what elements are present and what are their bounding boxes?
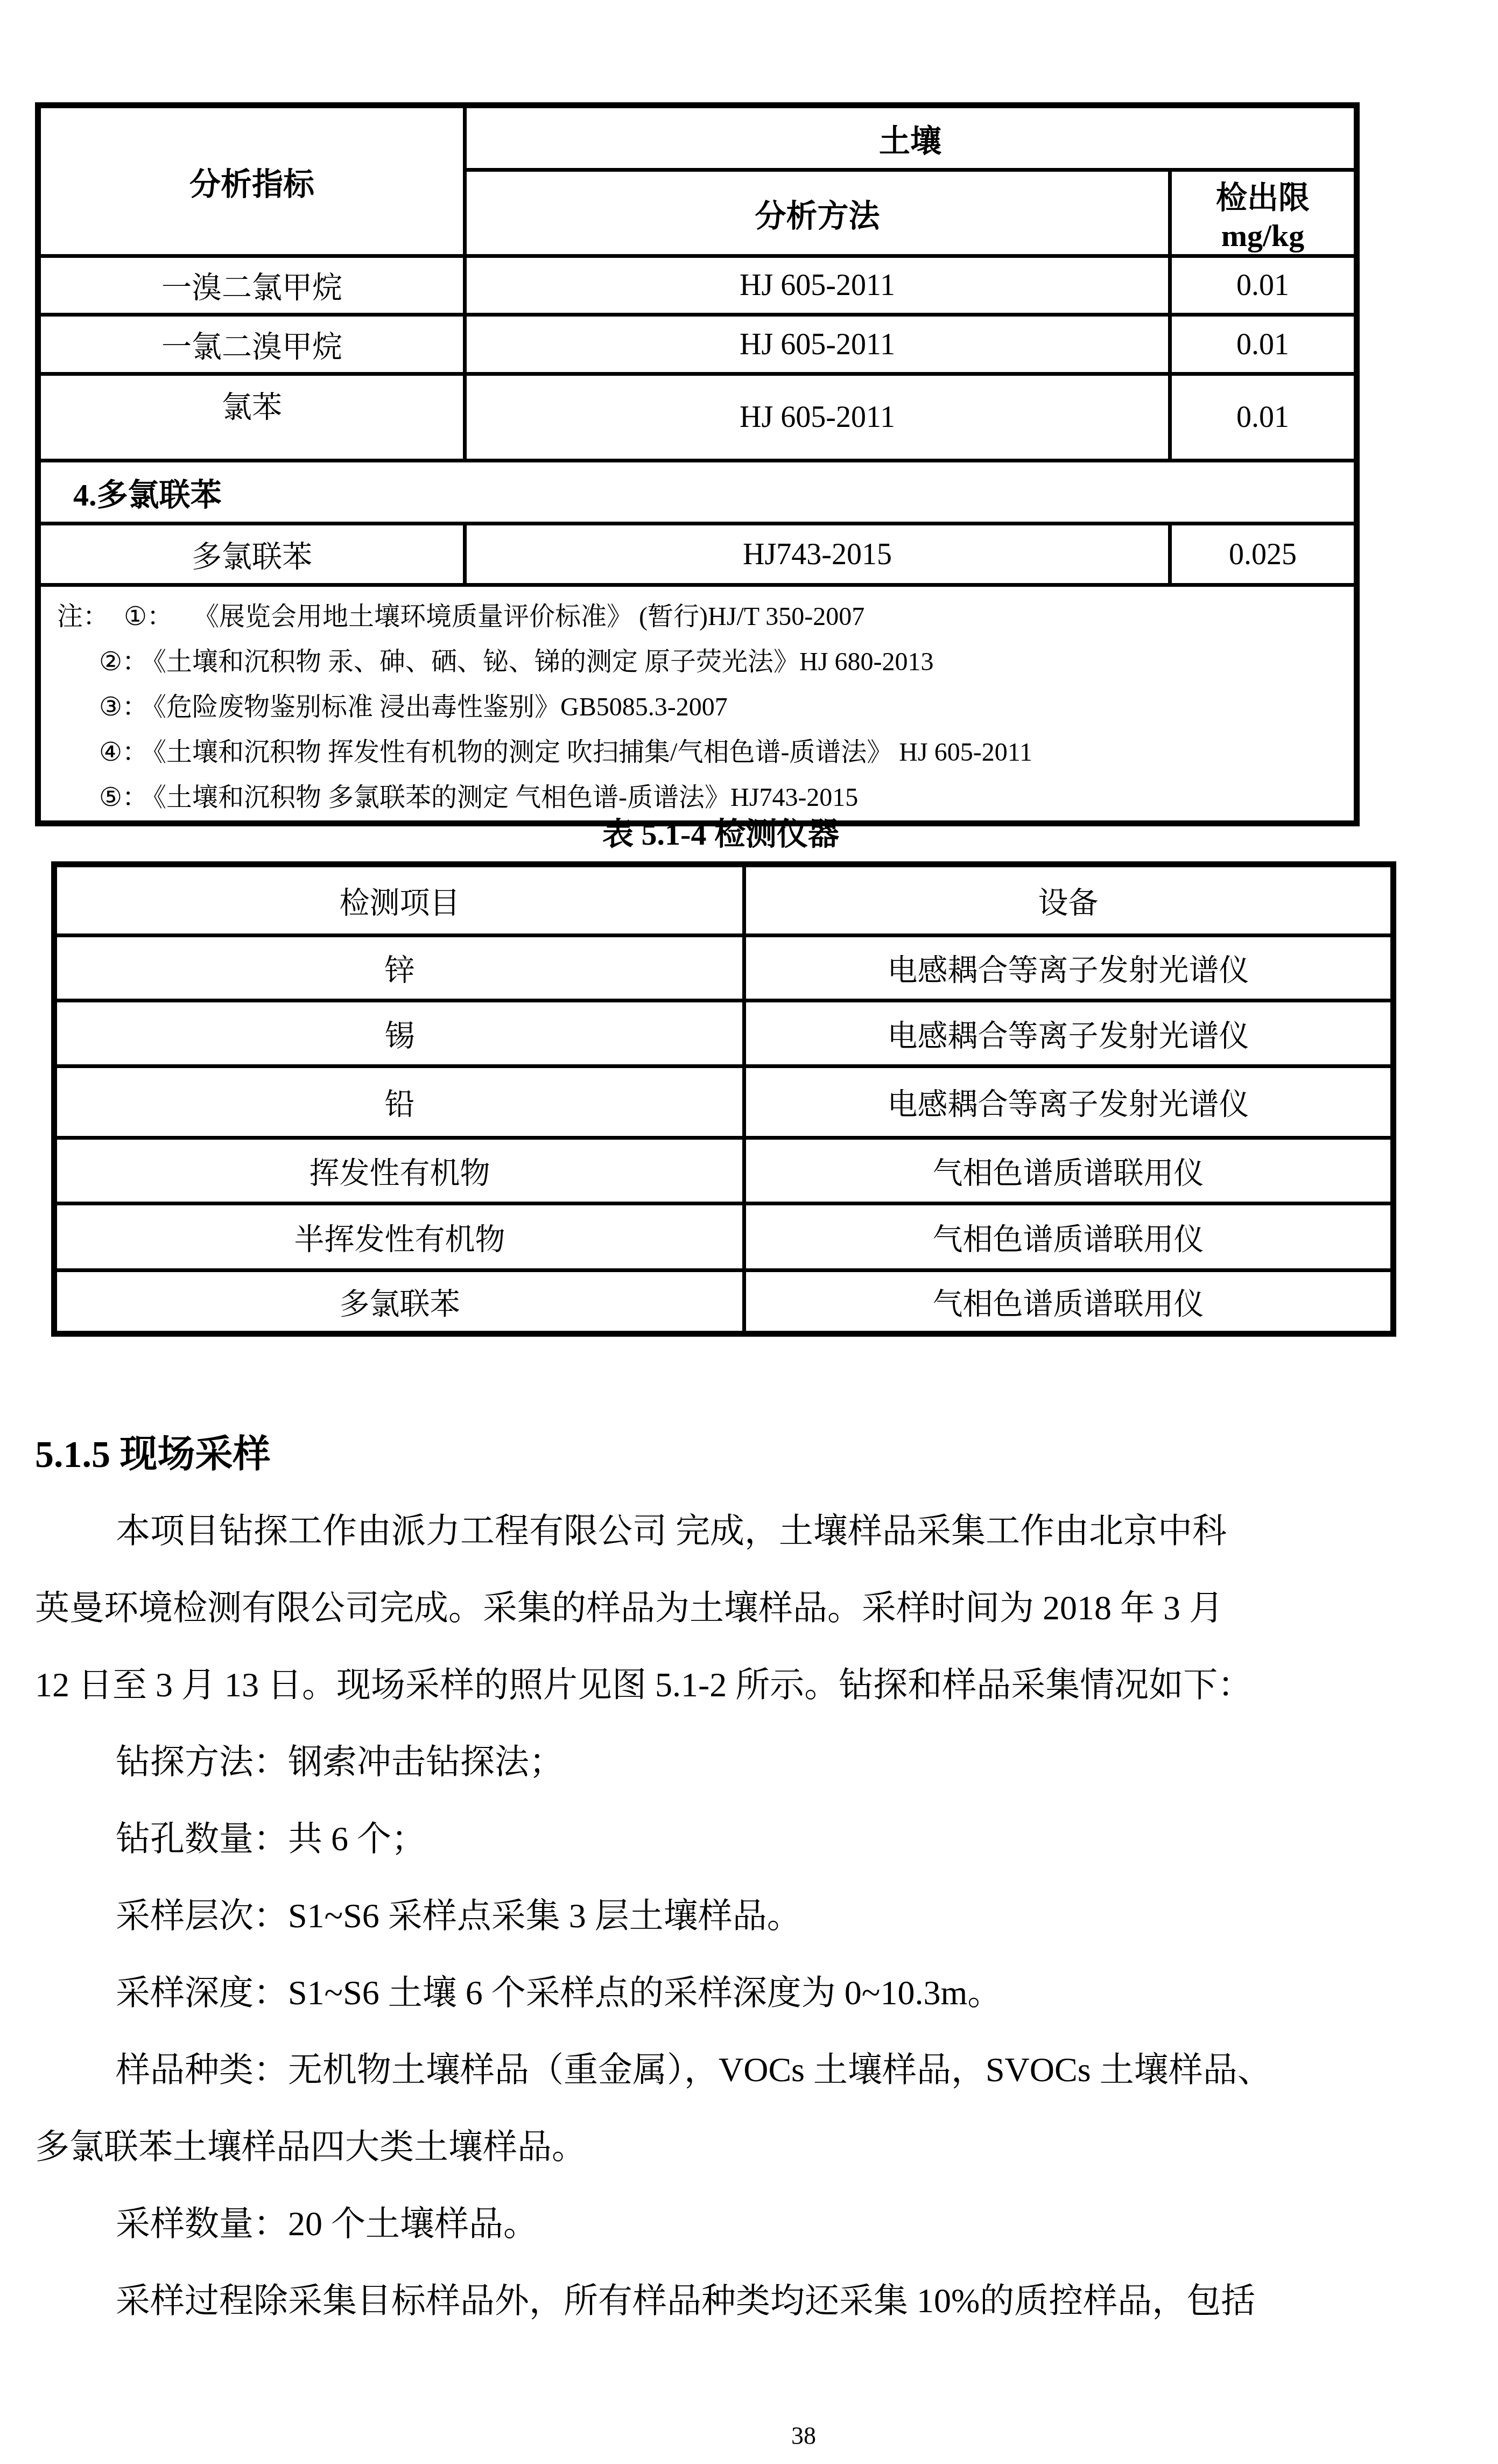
indicator-name: 一氯二溴甲烷 [38, 315, 465, 374]
device-name: 气相色谱质谱联用仪 [744, 1204, 1394, 1270]
body-line: 采样层次：S1~S6 采样点采集 3 层土壤样品。 [35, 1877, 1406, 1954]
table-row: 一溴二氯甲烷 HJ 605-2011 0.01 [38, 256, 1357, 315]
table-row: 氯苯 HJ 605-2011 0.01 [38, 374, 1357, 461]
body-line: 钻孔数量：共 6 个； [35, 1800, 1406, 1877]
section-heading: 5.1.5 现场采样 [35, 1424, 1405, 1478]
note-number: ⑤： [99, 783, 148, 812]
body-line: 英曼环境检测有限公司完成。采集的样品为土壤样品。采样时间为 2018 年 3 月 [35, 1569, 1406, 1646]
section-header-pcb: 4.多氯联苯 [38, 461, 1357, 524]
table-row: 检测项目 设备 [54, 865, 1394, 936]
document-page: 分析指标 土壤 分析方法 检出限 mg/kg 一溴二氯甲烷 HJ 605-201… [0, 0, 1498, 2464]
table-row: 多氯联苯 HJ743-2015 0.025 [38, 524, 1357, 585]
body-line: 多氯联苯土壤样品四大类土壤样品。 [35, 2108, 1406, 2185]
indicator-limit: 0.01 [1170, 374, 1357, 461]
body-line: 钻探方法：钢索冲击钻探法； [35, 1723, 1406, 1800]
note-line: ②：《土壤和沉积物 汞、砷、硒、铋、锑的测定 原子荧光法》HJ 680-2013 [41, 640, 1348, 685]
indicator-limit: 0.025 [1170, 524, 1357, 585]
indicator-method: HJ 605-2011 [465, 256, 1170, 315]
note-text: 《土壤和沉积物 挥发性有机物的测定 吹扫捕集/气相色谱-质谱法》 HJ 605-… [153, 738, 1032, 767]
col-header-item: 检测项目 [54, 865, 744, 936]
table-row: 分析指标 土壤 [38, 106, 1357, 170]
table-row: 4.多氯联苯 [38, 461, 1357, 524]
body-line: 采样深度：S1~S6 土壤 6 个采样点的采样深度为 0~10.3m。 [35, 1954, 1406, 2031]
device-name: 电感耦合等离子发射光谱仪 [744, 1066, 1394, 1138]
col-header-method: 分析方法 [465, 170, 1170, 256]
table-row: 多氯联苯 气相色谱质谱联用仪 [54, 1270, 1394, 1334]
device-name: 电感耦合等离子发射光谱仪 [744, 936, 1394, 1001]
device-name: 气相色谱质谱联用仪 [744, 1138, 1394, 1204]
table-row: 一氯二溴甲烷 HJ 605-2011 0.01 [38, 315, 1357, 374]
note-line: ④：《土壤和沉积物 挥发性有机物的测定 吹扫捕集/气相色谱-质谱法》 HJ 60… [41, 730, 1348, 775]
indicator-name: 氯苯 [38, 374, 465, 461]
table-caption: 表 5.1-4 检测仪器 [51, 809, 1390, 854]
note-text: 《土壤和沉积物 汞、砷、硒、铋、锑的测定 原子荧光法》HJ 680-2013 [153, 648, 933, 676]
item-name: 挥发性有机物 [54, 1138, 744, 1204]
table-row: 铅 电感耦合等离子发射光谱仪 [54, 1066, 1394, 1138]
item-name: 锌 [54, 936, 744, 1001]
page-number: 38 [791, 2421, 816, 2450]
item-name: 锡 [54, 1001, 744, 1066]
note-line: 注：①：《展览会用地土壤环境质量评价标准》 (暂行)HJ/T 350-2007 [41, 594, 1348, 640]
indicator-limit: 0.01 [1170, 315, 1357, 374]
table-row: 注：①：《展览会用地土壤环境质量评价标准》 (暂行)HJ/T 350-2007 … [38, 585, 1357, 824]
indicator-name: 多氯联苯 [38, 524, 465, 585]
note-text: 《危险废物鉴别标准 浸出毒性鉴别》GB5085.3-2007 [153, 693, 728, 721]
col-header-soil-group: 土壤 [465, 106, 1357, 170]
note-text: 《展览会用地土壤环境质量评价标准》 (暂行)HJ/T 350-2007 [206, 602, 864, 631]
note-number: ④： [99, 738, 148, 767]
body-line: 采样过程除采集目标样品外，所有样品种类均还采集 10%的质控样品，包括 [35, 2262, 1406, 2339]
table-row: 锌 电感耦合等离子发射光谱仪 [54, 936, 1394, 1001]
body-line: 采样数量：20 个土壤样品。 [35, 2185, 1406, 2262]
body-line: 本项目钻探工作由派力工程有限公司 完成，土壤样品采集工作由北京中科 [35, 1492, 1406, 1569]
indicator-limit: 0.01 [1170, 256, 1357, 315]
note-line: ③：《危险废物鉴别标准 浸出毒性鉴别》GB5085.3-2007 [41, 685, 1348, 730]
body-line: 12 日至 3 月 13 日。现场采样的照片见图 5.1-2 所示。钻探和样品采… [35, 1646, 1406, 1723]
table-notes-cell: 注：①：《展览会用地土壤环境质量评价标准》 (暂行)HJ/T 350-2007 … [38, 585, 1357, 824]
device-name: 电感耦合等离子发射光谱仪 [744, 1001, 1394, 1066]
note-text: 《土壤和沉积物 多氯联苯的测定 气相色谱-质谱法》HJ743-2015 [153, 783, 858, 812]
table-row: 挥发性有机物 气相色谱质谱联用仪 [54, 1138, 1394, 1204]
table-row: 锡 电感耦合等离子发射光谱仪 [54, 1001, 1394, 1066]
analysis-indicator-table: 分析指标 土壤 分析方法 检出限 mg/kg 一溴二氯甲烷 HJ 605-201… [35, 102, 1360, 826]
col-header-device: 设备 [744, 865, 1394, 936]
note-number: ①： [124, 602, 173, 631]
note-number: ③： [99, 693, 148, 721]
device-name: 气相色谱质谱联用仪 [744, 1270, 1394, 1334]
instrument-table: 检测项目 设备 锌 电感耦合等离子发射光谱仪 锡 电感耦合等离子发射光谱仪 铅 … [51, 861, 1396, 1337]
body-line: 样品种类：无机物土壤样品（重金属），VOCs 土壤样品，SVOCs 土壤样品、 [35, 2031, 1406, 2108]
section-body: 本项目钻探工作由派力工程有限公司 完成，土壤样品采集工作由北京中科 英曼环境检测… [35, 1492, 1406, 2339]
col-header-indicator: 分析指标 [38, 106, 465, 256]
item-name: 半挥发性有机物 [54, 1204, 744, 1270]
item-name: 多氯联苯 [54, 1270, 744, 1334]
note-number: ②： [99, 648, 148, 676]
item-name: 铅 [54, 1066, 744, 1138]
col-header-limit: 检出限 mg/kg [1170, 170, 1357, 256]
table-row: 半挥发性有机物 气相色谱质谱联用仪 [54, 1204, 1394, 1270]
indicator-method: HJ743-2015 [465, 524, 1170, 585]
indicator-method: HJ 605-2011 [465, 315, 1170, 374]
note-prefix: 注： [57, 602, 109, 631]
indicator-method: HJ 605-2011 [465, 374, 1170, 461]
indicator-name: 一溴二氯甲烷 [38, 256, 465, 315]
